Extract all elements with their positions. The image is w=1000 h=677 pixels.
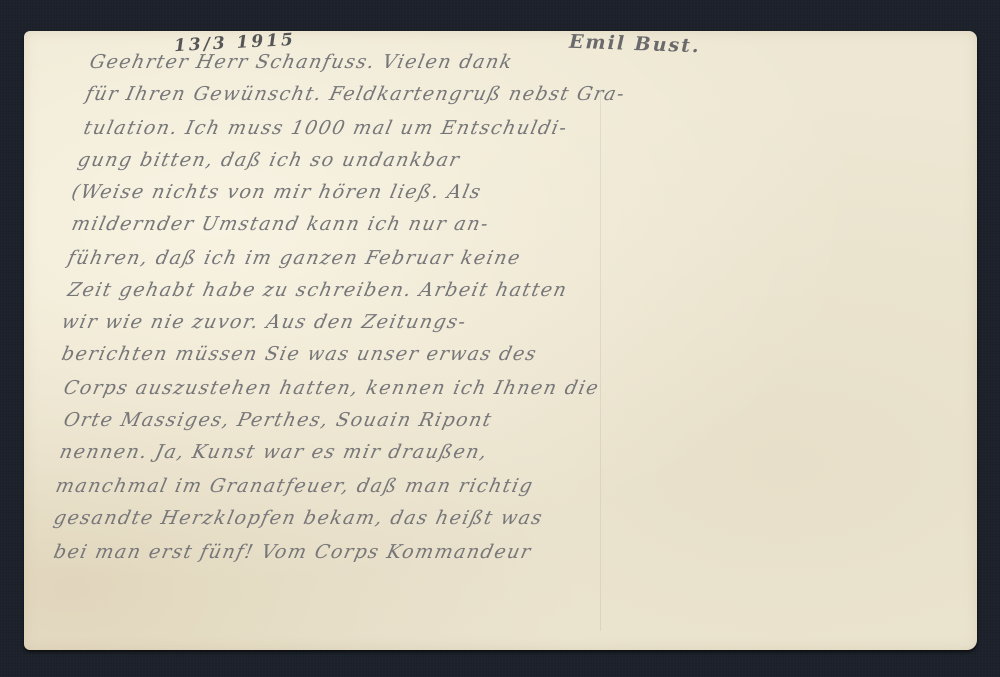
handwritten-line-8: Zeit gehabt habe zu schreiben. Arbeit ha…	[66, 279, 570, 301]
handwritten-line-11: Corps auszustehen hatten, kennen ich Ihn…	[62, 377, 602, 399]
handwritten-line-3: tulation. Ich muss 1000 mal um Entschuld…	[82, 117, 570, 139]
sender-signature: Emil Bust.	[569, 31, 701, 58]
handwritten-line-5: (Weise nichts von mir hören ließ. Als	[70, 181, 484, 203]
handwritten-line-1: Geehrter Herr Schanfuss. Vielen dank	[88, 51, 516, 73]
handwritten-line-12: Orte Massiges, Perthes, Souain Ripont	[62, 409, 495, 431]
handwritten-line-7: führen, daß ich im ganzen Februar keine	[66, 247, 524, 269]
handwritten-line-9: wir wie nie zuvor. Aus den Zeitungs-	[60, 311, 469, 333]
handwritten-line-10: berichten müssen Sie was unser erwas des	[60, 343, 540, 365]
handwritten-line-16: bei man erst fünf! Vom Corps Kommandeur	[52, 541, 534, 563]
handwritten-line-2: für Ihren Gewünscht. Feldkartengruß nebs…	[84, 83, 628, 105]
handwritten-line-4: gung bitten, daß ich so undankbar	[76, 149, 463, 171]
handwritten-line-6: mildernder Umstand kann ich nur an-	[70, 213, 492, 235]
card-crease	[600, 91, 601, 631]
postcard: 13/3 1915 Emil Bust. Geehrter Herr Schan…	[24, 31, 977, 650]
handwritten-line-13: nennen. Ja, Kunst war es mir draußen,	[58, 441, 490, 463]
handwritten-line-15: gesandte Herzklopfen bekam, das heißt wa…	[52, 507, 546, 529]
handwritten-line-14: manchmal im Granatfeuer, daß man richtig	[54, 475, 536, 497]
